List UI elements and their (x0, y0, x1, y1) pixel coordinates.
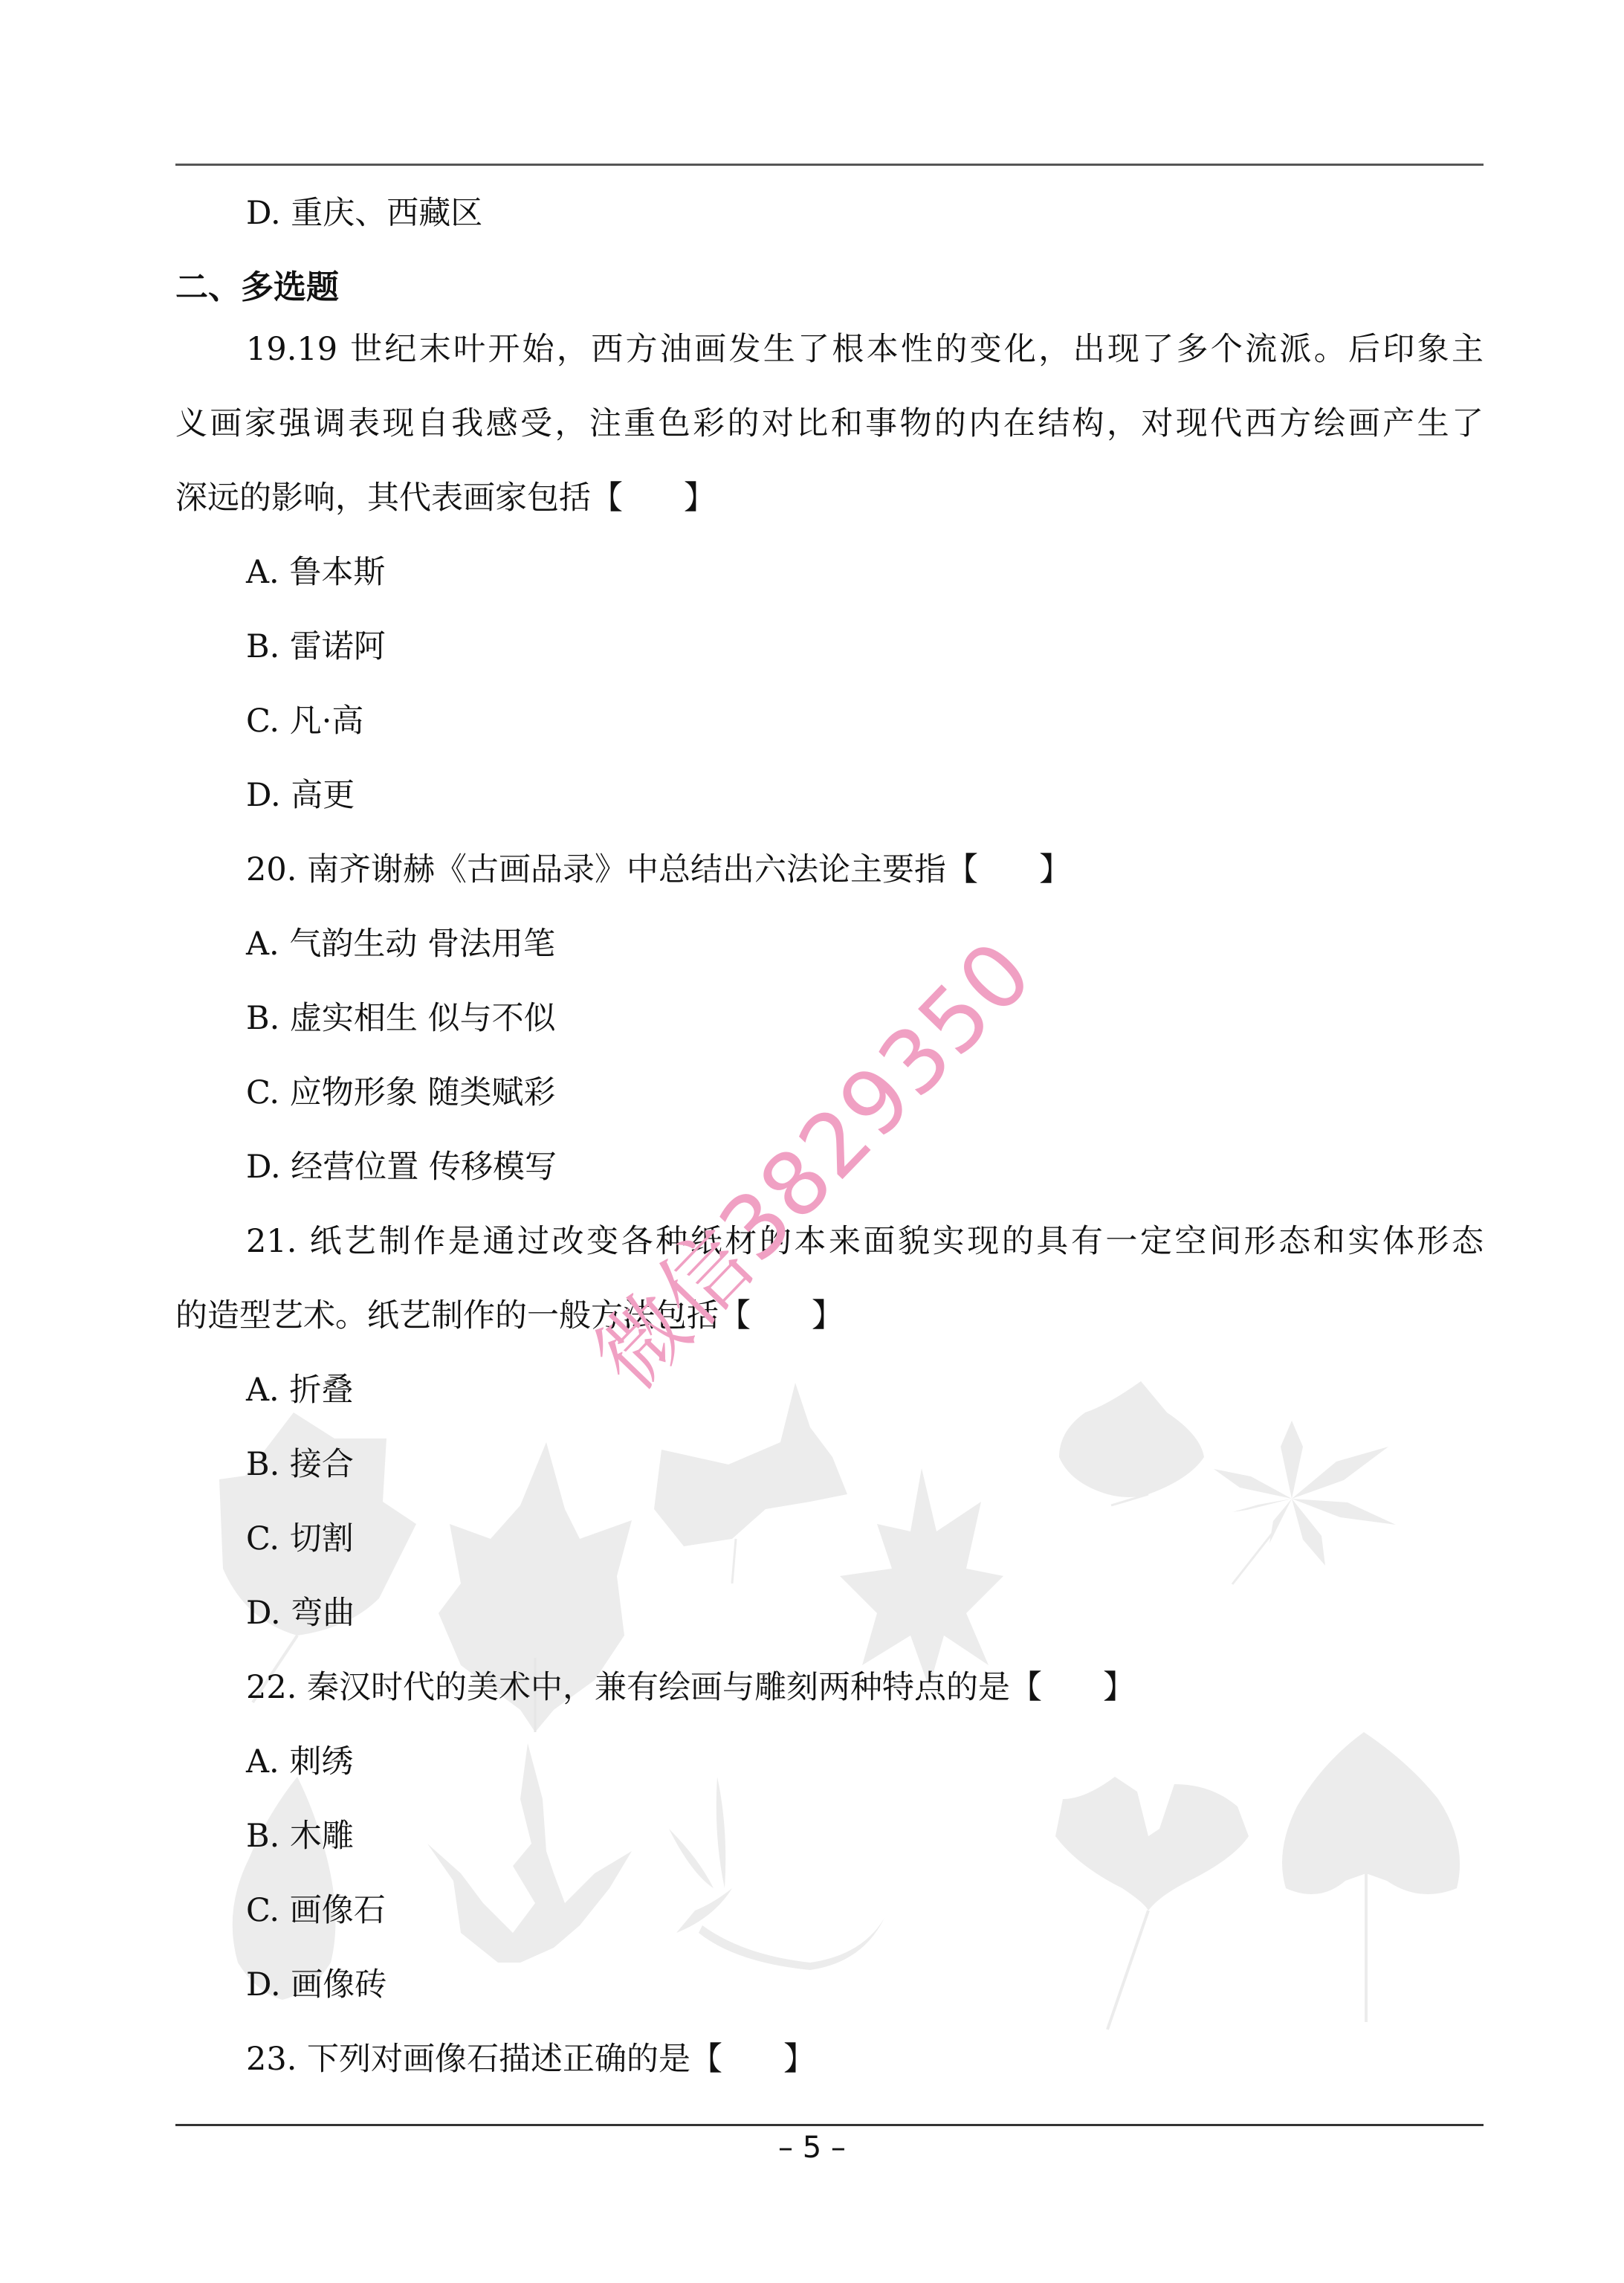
question-19-option-c: C. 凡·高 (246, 703, 363, 740)
question-19-stem-line-1: 19.19 世纪末叶开始，西方油画发生了根本性的变化，出现了多个流派。后印象主 (246, 331, 1484, 368)
sweetgum-leaf-icon (840, 1468, 1003, 1688)
answer-blank[interactable] (978, 851, 1039, 888)
question-22-option-a: A. 刺绣 (246, 1743, 353, 1780)
answer-blank[interactable] (722, 2041, 783, 2078)
question-22-option-b: B. 木雕 (246, 1818, 354, 1855)
question-19-stem-line-3: 深远的影响，其代表画家包括【 】 (175, 479, 716, 517)
answer-blank-close: 】 (1039, 851, 1071, 888)
option-carryover-d: D. 重庆、西藏区 (246, 195, 482, 232)
question-19-option-a: A. 鲁本斯 (246, 554, 385, 591)
question-22-stem-text: 22. 秦汉时代的美术中，兼有绘画与雕刻两种特点的是【 (246, 1669, 1042, 1706)
answer-blank-close: 】 (684, 479, 716, 517)
question-21-option-b: B. 接合 (246, 1446, 354, 1483)
question-20-option-a: A. 气韵生动 骨法用笔 (246, 926, 555, 963)
question-20-option-b: B. 虚实相生 似与不似 (246, 1000, 556, 1037)
serrated-leaf-icon (1282, 1732, 1460, 2022)
grape-leaf-icon (427, 1743, 632, 1963)
heart-leaf-icon (1059, 1381, 1204, 1505)
answer-blank[interactable] (623, 479, 684, 517)
question-21-option-a: A. 折叠 (246, 1372, 353, 1409)
section-title: 二、多选题 (175, 269, 339, 306)
question-19-stem-line-2: 义画家强调表现自我感受，注重色彩的对比和事物的内在结构，对现代西方绘画产生了 (175, 405, 1484, 442)
answer-blank[interactable] (1042, 1669, 1103, 1706)
question-20-stem-text: 20. 南齐谢赫《古画品录》中总结出六法论主要指【 (246, 851, 978, 888)
question-22-stem: 22. 秦汉时代的美术中，兼有绘画与雕刻两种特点的是【 】 (246, 1669, 1135, 1706)
question-21-stem-line-1: 21. 纸艺制作是通过改变各种纸材的本来面貌实现的具有一定空间形态和实体形态 (246, 1223, 1484, 1260)
question-20-stem: 20. 南齐谢赫《古画品录》中总结出六法论主要指【 】 (246, 851, 1071, 888)
compound-leaf-icon (669, 1777, 884, 1970)
footer-rule (175, 2124, 1484, 2126)
question-23-stem-text: 23. 下列对画像石描述正确的是【 (246, 2041, 722, 2078)
answer-blank-close: 】 (812, 1297, 844, 1334)
question-19-option-d: D. 高更 (246, 777, 355, 814)
question-19-option-b: B. 雷诺阿 (246, 628, 386, 665)
question-22-option-c: C. 画像石 (246, 1892, 386, 1929)
palmate-leaf-icon (1214, 1421, 1396, 1584)
answer-blank-close: 】 (1103, 1669, 1135, 1706)
question-19-stem-text: 深远的影响，其代表画家包括【 (175, 479, 623, 517)
question-21-option-c: C. 切割 (246, 1520, 354, 1557)
question-20-option-d: D. 经营位置 传移模写 (246, 1149, 557, 1186)
question-22-option-d: D. 画像砖 (246, 1966, 386, 2003)
lobed-leaf-icon (654, 1383, 847, 1583)
page-number: – 5 – (0, 2131, 1624, 2165)
answer-blank[interactable] (751, 1297, 812, 1334)
question-23-stem: 23. 下列对画像石描述正确的是【 】 (246, 2041, 815, 2078)
question-20-option-c: C. 应物形象 随类赋彩 (246, 1074, 555, 1111)
question-21-option-d: D. 弯曲 (246, 1595, 355, 1632)
ginkgo-leaf-icon (1055, 1777, 1249, 2029)
answer-blank-close: 】 (783, 2041, 815, 2078)
